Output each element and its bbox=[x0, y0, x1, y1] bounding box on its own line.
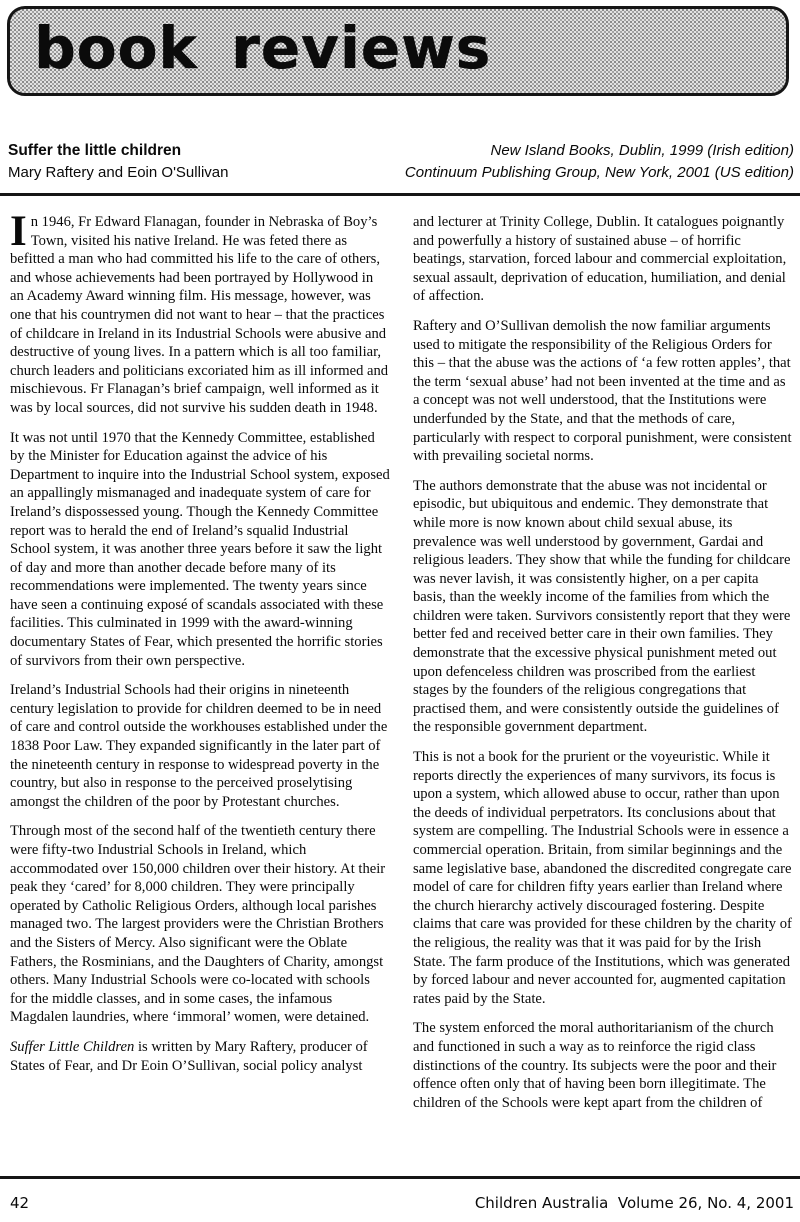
paragraph-3: Ireland’s Industrial Schools had their o… bbox=[10, 681, 390, 811]
footer-divider bbox=[0, 1176, 800, 1179]
paragraph-8: The authors demonstrate that the abuse w… bbox=[413, 477, 793, 737]
book-title: Suffer the little children bbox=[8, 140, 228, 162]
book-authors: Mary Raftery and Eoin O'Sullivan bbox=[8, 162, 228, 184]
book-reviews-banner: book reviews bbox=[7, 6, 789, 96]
review-title-block: Suffer the little children Mary Raftery … bbox=[8, 140, 228, 184]
paragraph-9: This is not a book for the prurient or t… bbox=[413, 748, 793, 1008]
publisher-block: New Island Books, Dublin, 1999 (Irish ed… bbox=[405, 140, 794, 184]
paragraph-1: In 1946, Fr Edward Flanagan, founder in … bbox=[10, 213, 390, 418]
banner-title: book reviews bbox=[10, 14, 491, 88]
publisher-irish-edition: New Island Books, Dublin, 1999 (Irish ed… bbox=[405, 140, 794, 162]
publisher-us-edition: Continuum Publishing Group, New York, 20… bbox=[405, 162, 794, 184]
left-column: In 1946, Fr Edward Flanagan, founder in … bbox=[10, 213, 390, 1112]
review-header: Suffer the little children Mary Raftery … bbox=[8, 140, 794, 184]
drop-cap: I bbox=[10, 213, 31, 248]
paragraph-7: Raftery and O’Sullivan demolish the now … bbox=[413, 317, 793, 466]
paragraph-6: and lecturer at Trinity College, Dublin.… bbox=[413, 213, 793, 306]
article-body: In 1946, Fr Edward Flanagan, founder in … bbox=[10, 213, 794, 1112]
header-divider bbox=[0, 193, 800, 196]
page-footer: 42 Children Australia Volume 26, No. 4, … bbox=[10, 1194, 794, 1212]
paragraph-2: It was not until 1970 that the Kennedy C… bbox=[10, 429, 390, 671]
paragraph-5: Suffer Little Children is written by Mar… bbox=[10, 1038, 390, 1075]
journal-citation: Children Australia Volume 26, No. 4, 200… bbox=[475, 1194, 794, 1212]
paragraph-10: The system enforced the moral authoritar… bbox=[413, 1019, 793, 1112]
page-number: 42 bbox=[10, 1194, 29, 1212]
book-title-italic: Suffer Little Children bbox=[10, 1039, 134, 1055]
right-column: and lecturer at Trinity College, Dublin.… bbox=[413, 213, 793, 1112]
paragraph-4: Through most of the second half of the t… bbox=[10, 822, 390, 1027]
journal-page: book reviews Suffer the little children … bbox=[0, 0, 800, 1222]
paragraph-1-text: n 1946, Fr Edward Flanagan, founder in N… bbox=[10, 214, 388, 416]
